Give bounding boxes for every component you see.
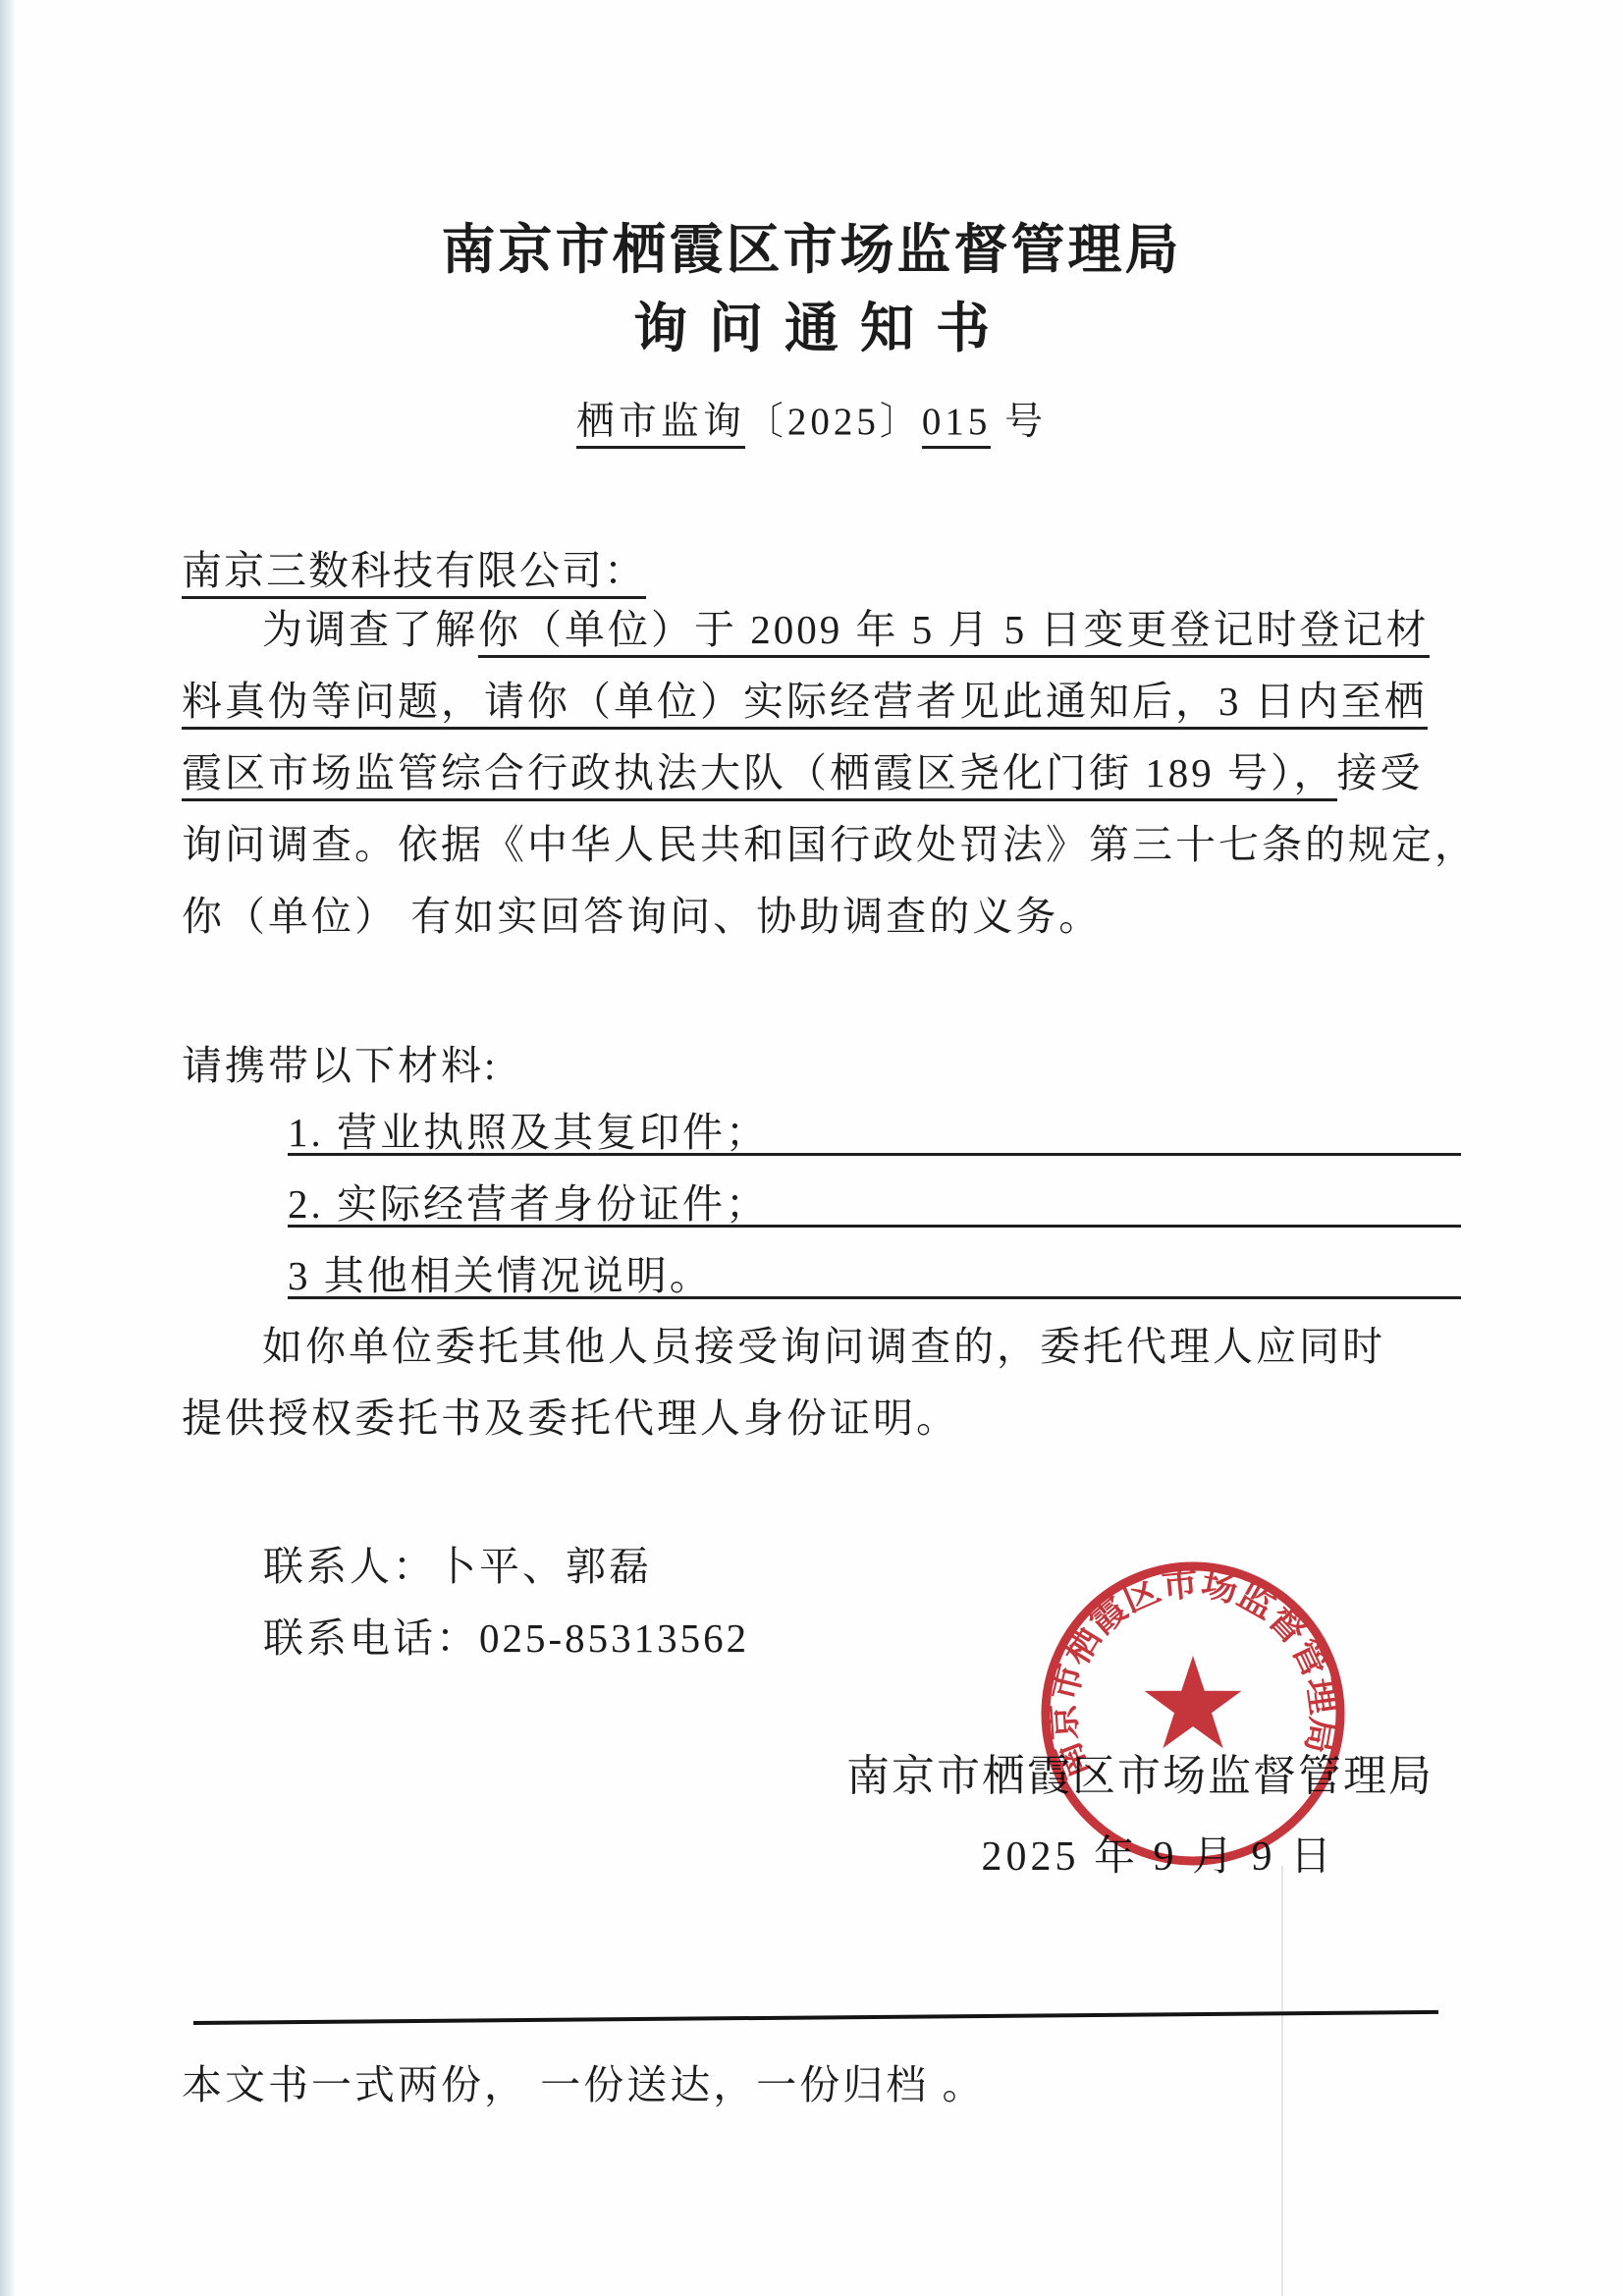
- p1-l3-plain: 接受: [1337, 750, 1424, 795]
- agency-title: 南京市栖霞区市场监督管理局: [0, 206, 1623, 284]
- stamp-star-icon: [1145, 1656, 1242, 1748]
- paragraph1-line3: 霞区市场监管综合行政执法大队（栖霞区尧化门街 189 号），接受: [182, 738, 1478, 809]
- document-number: 栖市监询〔2025〕015 号: [0, 391, 1623, 446]
- material-item-2: 2. 实际经营者身份证件；: [288, 1175, 1461, 1228]
- inquiry-notice-document: 南京市栖霞区市场监督管理局 询问通知书 栖市监询〔2025〕015 号 南京三数…: [0, 0, 1623, 2296]
- footer-divider: [193, 2010, 1438, 2025]
- p1-l2-underlined: 料真伪等问题，请你（单位）实际经营者见此通知后，3 日内至栖: [182, 679, 1428, 730]
- p1-l1-plain: 为调查了解: [262, 607, 478, 652]
- recipient-line: 南京三数科技有限公司：: [182, 538, 646, 596]
- contact-phone-line: 联系电话：025-85313562: [263, 1606, 749, 1664]
- docno-prefix: 栖市监询: [576, 401, 745, 449]
- document-title: 询问通知书: [0, 285, 1623, 362]
- docno-serial: 015: [922, 401, 992, 449]
- paragraph1-line1: 为调查了解你（单位）于 2009 年 5 月 5 日变更登记时登记材: [182, 594, 1558, 666]
- paragraph1-line4: 询问调查。依据《中华人民共和国行政处罚法》第三十七条的规定，: [182, 809, 1478, 881]
- docno-suffix: 号: [991, 401, 1047, 443]
- official-seal-stamp: 南京市栖霞区市场监督管理局: [1031, 1552, 1355, 1876]
- paragraph2-line1: 如你单位委托其他人员接受询问调查的，委托代理人应同时: [182, 1311, 1558, 1383]
- docno-year: 〔2025〕: [745, 401, 922, 443]
- paragraph1-line5: 你（单位） 有如实回答询问、协助调查的义务。: [182, 881, 1478, 953]
- p1-l3-underlined: 霞区市场监管综合行政执法大队（栖霞区尧化门街 189 号），: [182, 750, 1337, 801]
- material-item-1: 1. 营业执照及其复印件；: [288, 1104, 1461, 1156]
- paragraph1-line2: 料真伪等问题，请你（单位）实际经营者见此通知后，3 日内至栖: [182, 666, 1478, 738]
- footer-note: 本文书一式两份， 一份送达，一份归档 。: [182, 2052, 986, 2110]
- paragraph2-line2: 提供授权委托书及委托代理人身份证明。: [182, 1383, 1478, 1454]
- recipient-name: 南京三数科技有限公司：: [182, 548, 646, 599]
- material-item-3: 3 其他相关情况说明。: [288, 1247, 1461, 1299]
- contact-person-line: 联系人：卜平、郭磊: [263, 1534, 652, 1592]
- contact-phone-label: 联系电话：: [263, 1615, 479, 1661]
- contact-phone-value: 025-85313562: [479, 1615, 749, 1661]
- contact-person-label: 联系人：: [263, 1544, 436, 1589]
- p1-l1-underlined: 你（单位）于 2009 年 5 月 5 日变更登记时登记材: [478, 607, 1430, 658]
- contact-person-value: 卜平、郭磊: [436, 1544, 652, 1589]
- materials-heading: 请携带以下材料:: [182, 1033, 498, 1091]
- scan-fold-line: [1281, 1866, 1283, 2296]
